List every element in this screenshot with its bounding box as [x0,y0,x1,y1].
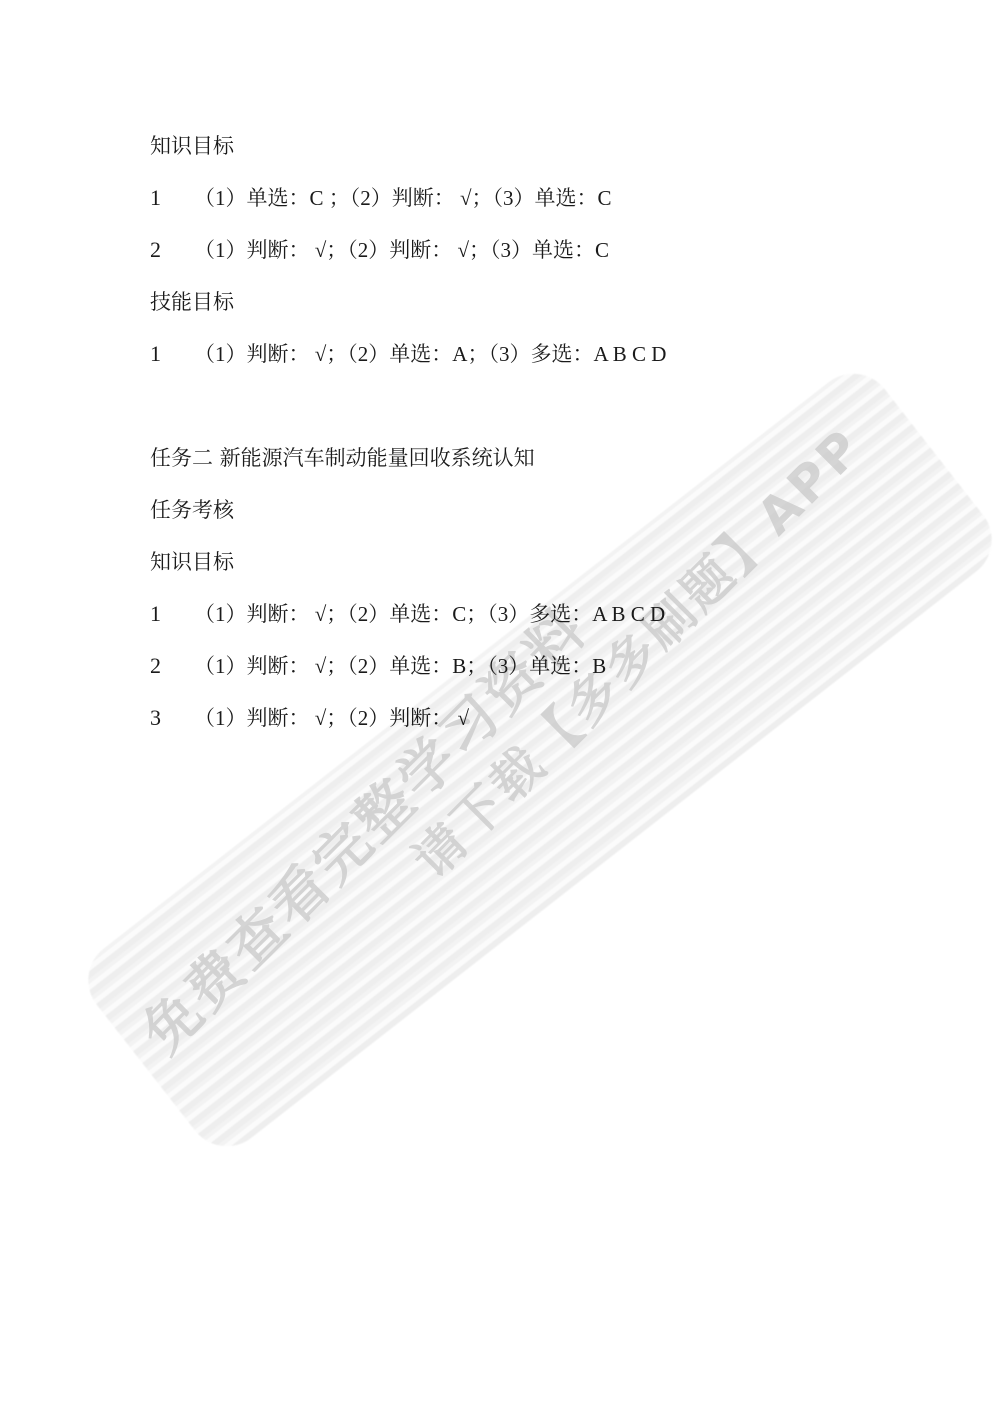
answer-text: （1）判断： √；（2）判断： √ [194,706,469,730]
answer-row: 2（1）判断： √；（2）判断： √；（3）单选：C [150,232,666,284]
task-title: 任务二 新能源汽车制动能量回收系统认知 [150,440,666,492]
spacer [150,388,666,440]
answer-text: （1）判断： √；（2）单选：A；（3）多选：A B C D [194,342,666,366]
answer-text: （1）判断： √；（2）单选：C；（3）多选：A B C D [194,602,665,626]
question-number: 1 [150,180,194,216]
answer-row: 1（1）单选：C ；（2）判断： √；（3）单选：C [150,180,666,232]
question-number: 2 [150,648,194,684]
answer-row: 3（1）判断： √；（2）判断： √ [150,700,666,752]
question-number: 3 [150,700,194,736]
answer-content: 知识目标 1（1）单选：C ；（2）判断： √；（3）单选：C 2（1）判断： … [150,128,666,752]
answer-text: （1）单选：C ；（2）判断： √；（3）单选：C [194,186,612,210]
question-number: 1 [150,336,194,372]
answer-row: 1（1）判断： √；（2）单选：C；（3）多选：A B C D [150,596,666,648]
task-subtitle: 任务考核 [150,492,666,544]
question-number: 1 [150,596,194,632]
section-heading-knowledge: 知识目标 [150,128,666,180]
answer-row: 1（1）判断： √；（2）单选：A；（3）多选：A B C D [150,336,666,388]
document-page: 免费查看完整学习资料 请下载【多多刷题】APP 知识目标 1（1）单选：C ；（… [0,0,993,1404]
answer-text: （1）判断： √；（2）单选：B；（3）单选：B [194,654,606,678]
section-heading-knowledge-task2: 知识目标 [150,544,666,596]
answer-text: （1）判断： √；（2）判断： √；（3）单选：C [194,238,609,262]
answer-row: 2（1）判断： √；（2）单选：B；（3）单选：B [150,648,666,700]
section-heading-skills: 技能目标 [150,284,666,336]
question-number: 2 [150,232,194,268]
